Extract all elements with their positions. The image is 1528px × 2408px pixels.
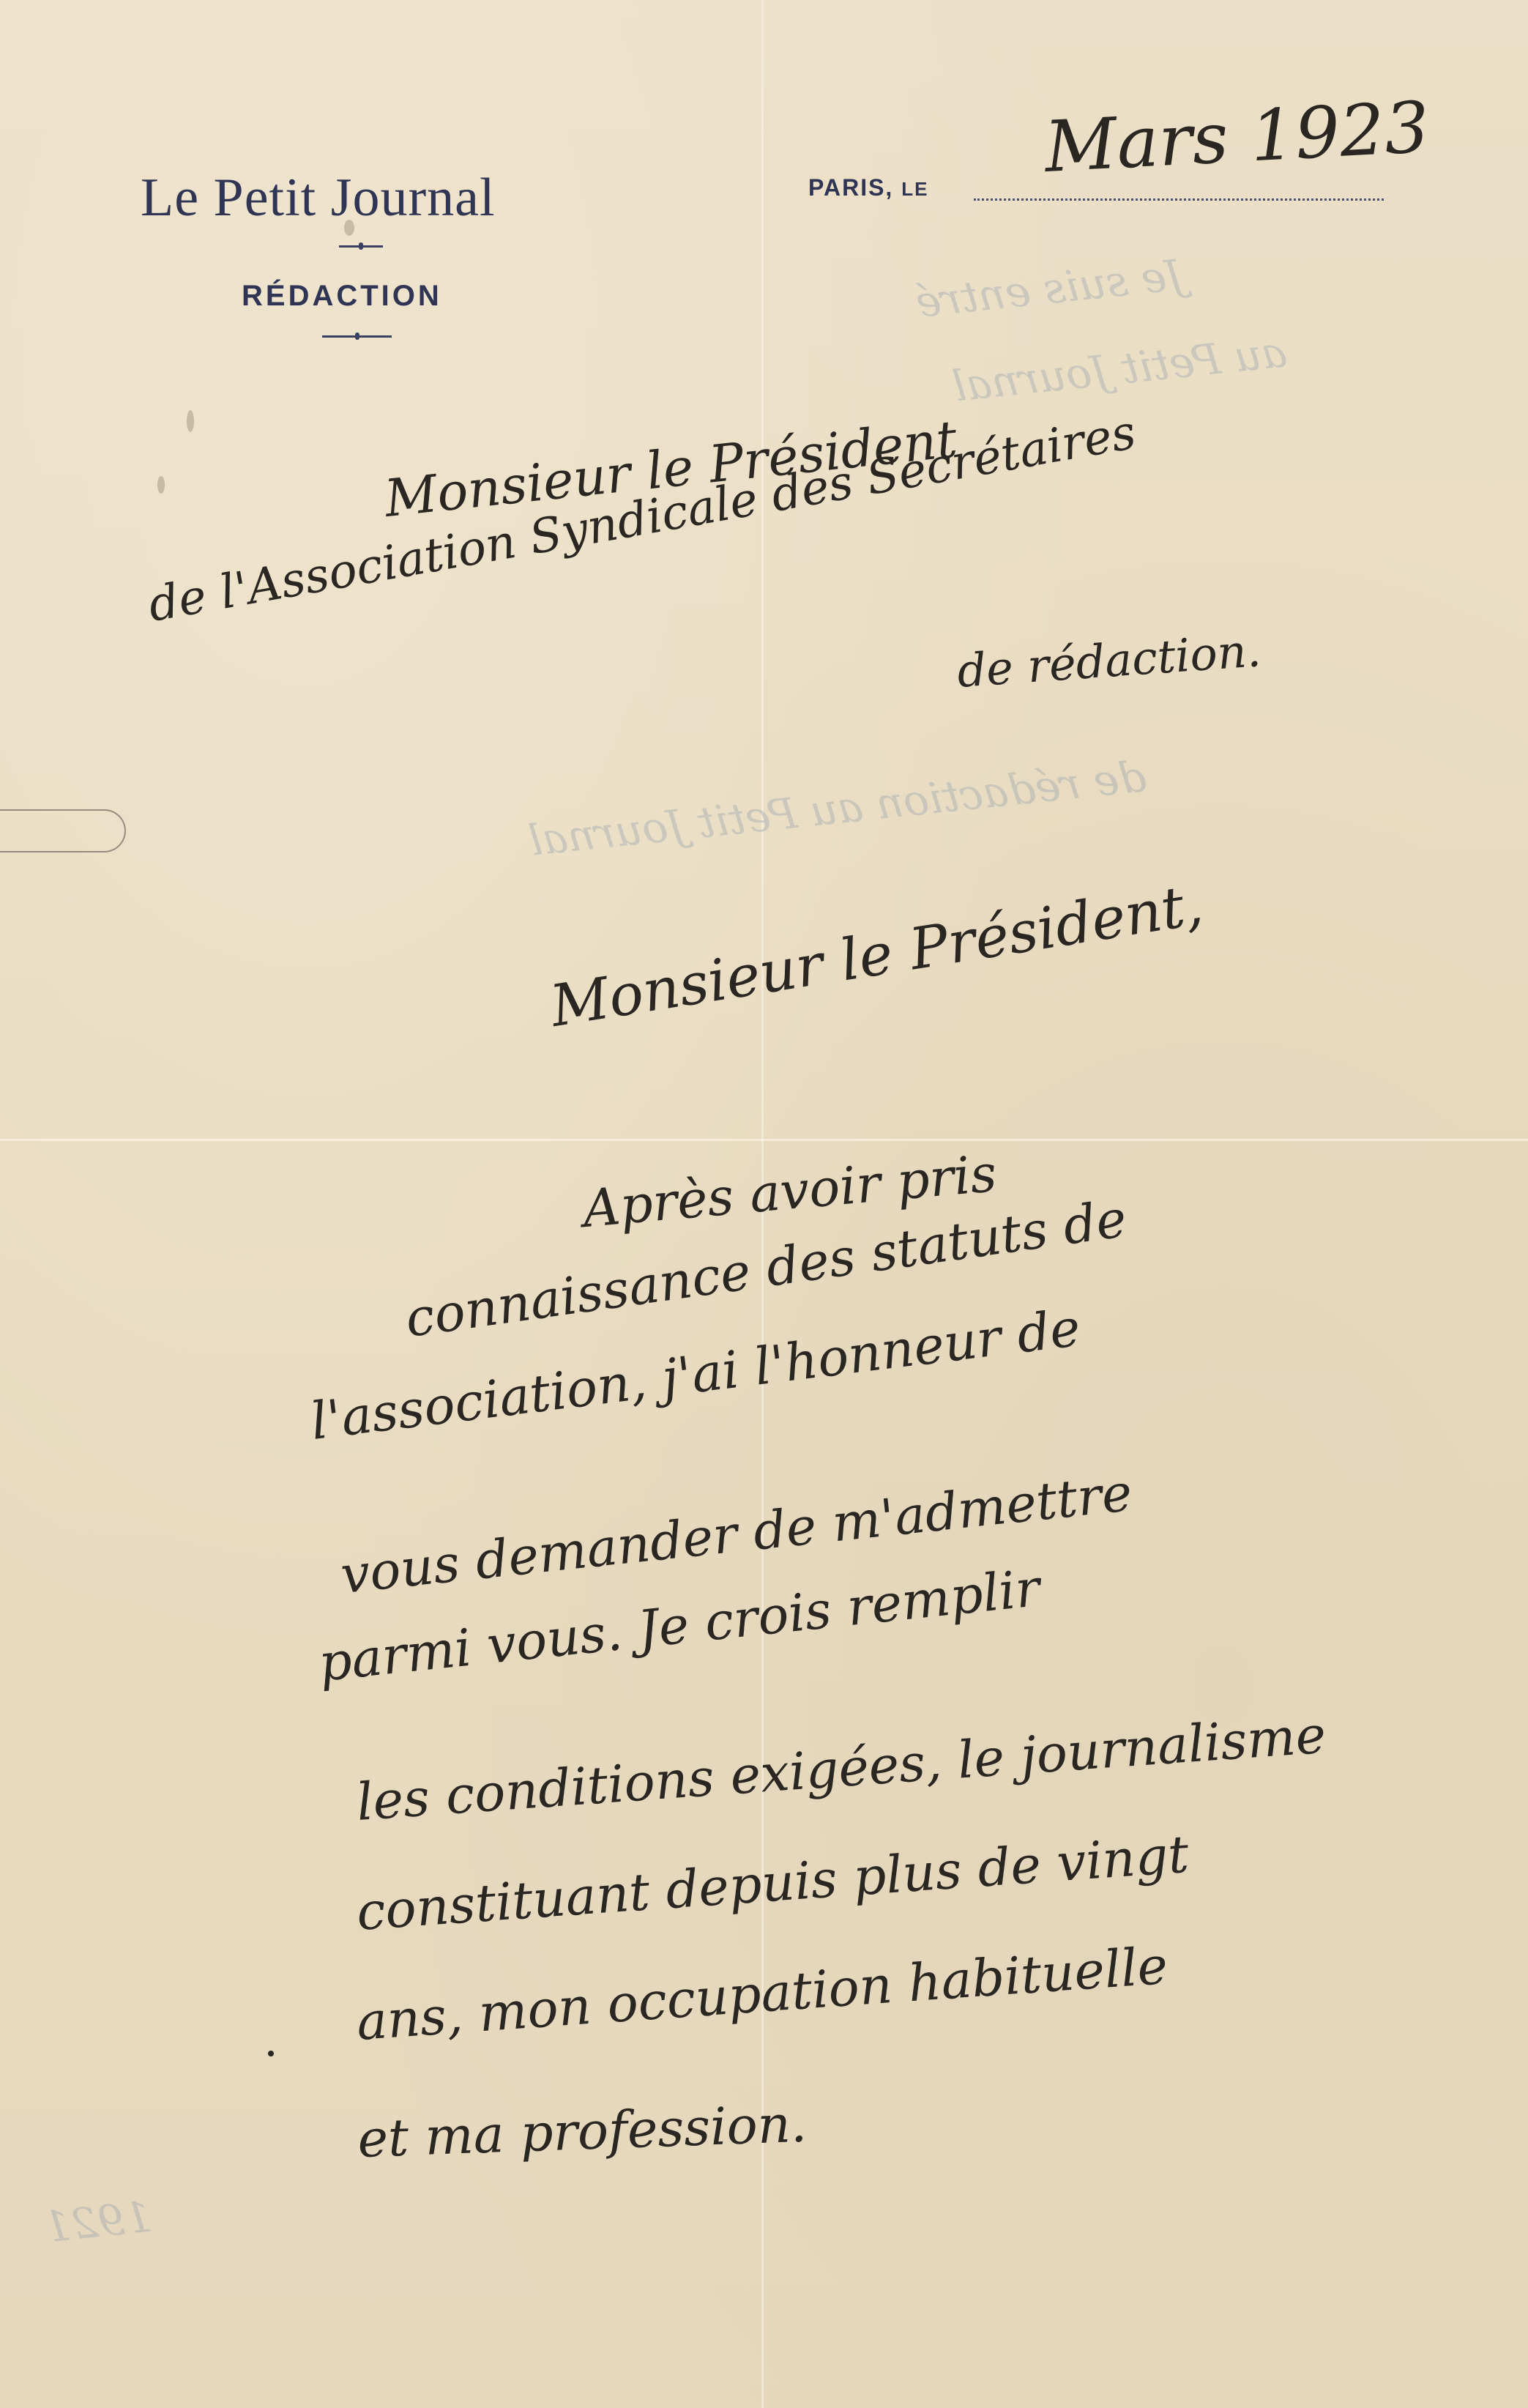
handwritten-date: Mars 1923	[1043, 86, 1431, 188]
bleed-through-text: de rédaction au Petit Journal	[526, 751, 1149, 866]
bleed-through-text: au Petit Journal	[950, 327, 1289, 412]
letterhead-divider	[339, 245, 383, 248]
ink-dot	[268, 2051, 274, 2056]
place-label: PARIS, LE	[808, 174, 928, 201]
date-dotted-line	[974, 198, 1384, 201]
bleed-through-text: Je suis entré	[913, 250, 1185, 327]
paper-tear-mark	[157, 476, 165, 494]
addressee-line: de rédaction.	[955, 623, 1263, 698]
department-label: RÉDACTION	[242, 280, 442, 313]
body-line: les conditions exigées, le journalisme	[354, 1705, 1327, 1832]
paper-fold-horizontal	[0, 1139, 1528, 1141]
body-line: et ma profession.	[357, 2094, 808, 2169]
place-city: PARIS,	[808, 174, 893, 201]
salutation: Monsieur le Président,	[546, 872, 1207, 1040]
body-line: constituant depuis plus de vingt	[354, 1824, 1190, 1942]
addressee-line: de l'Association Syndicale des Secrétair…	[144, 406, 1140, 633]
letterhead-ornament	[322, 335, 392, 338]
publication-name: Le Petit Journal	[141, 167, 496, 229]
bleed-through-text: 1921	[42, 2191, 154, 2252]
paper-tear-mark	[187, 410, 194, 432]
pencil-loop-mark	[0, 809, 126, 852]
place-le: LE	[901, 178, 928, 200]
